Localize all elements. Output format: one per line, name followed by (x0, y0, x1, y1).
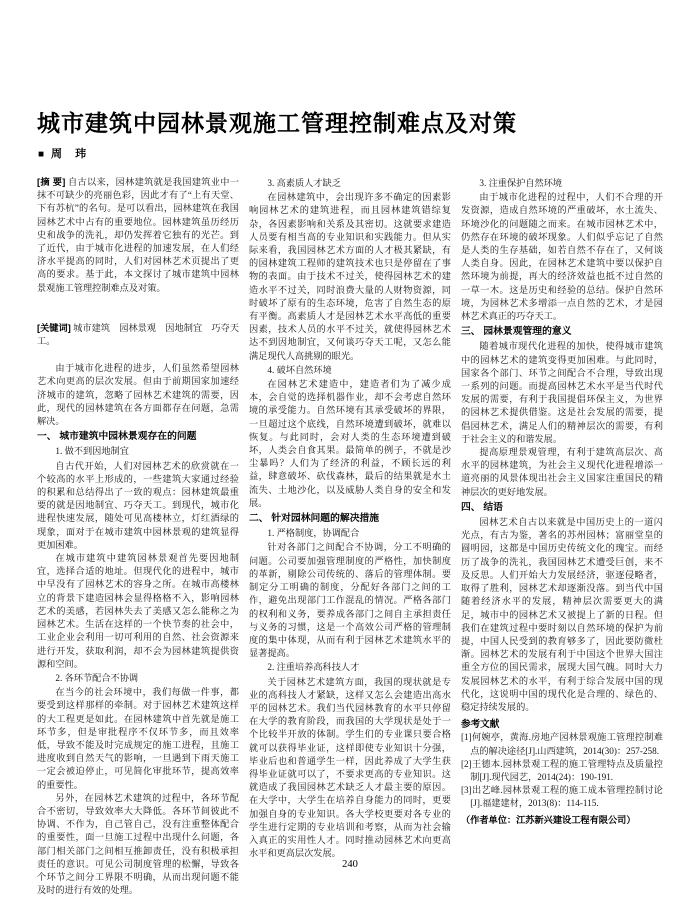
paragraph: 提高原理景观管理，有利于建筑高层次、高水平的园林建筑，为社会主义现代化进程增添一… (461, 446, 663, 499)
section-heading: 四、 结语 (461, 501, 663, 514)
author-marker: ■ (38, 149, 44, 160)
page-number: 240 (0, 859, 700, 870)
subsection-heading: 2. 注重培养高科技人才 (249, 661, 451, 674)
subsection-heading: 4. 破坏自然环境 (249, 364, 451, 377)
keywords: [关键词] 城市建筑 园林景观 因地制宜 巧夺天工。 (37, 322, 239, 348)
abstract: [摘 要] 自古以来，园林建筑就是我国建筑业中一抹不可缺少的亮丽色彩，因此才有了… (37, 176, 239, 295)
paragraph: 园林艺术自古以来就是中国历史上的一道闪光点，有古为鉴，著名的苏州园林；富丽堂皇的… (461, 516, 663, 714)
paragraph: 在园林建筑中，会出现许多不确定的因素影响园林艺术的建筑进程，而且园林建筑错综复杂… (249, 191, 451, 363)
paragraph: 在当今的社会环境中，我们每做一件事，都要受到这样那样的牵制。对于园林艺术建筑这样… (37, 686, 239, 792)
paragraph: 由于城市化进程的过程中，人们不合理的开发资源，造成自然环境的严重破坏，水土流失、… (461, 191, 663, 323)
reference-item: [3]出艺峰.园林景观工程的施工成本管理控制讨论[J].福建建材，2013(8)… (461, 784, 663, 810)
section-heading: 二、 针对园林问题的解决措施 (249, 512, 451, 525)
references-heading: 参考文献 (461, 718, 663, 731)
paragraph: 自古代开始，人们对园林艺术的欣赏就在一个较高的水平上形成的，一些建筑大家通过经验… (37, 460, 239, 552)
column-1: [摘 要] 自古以来，园林建筑就是我国建筑业中一抹不可缺少的亮丽色彩，因此才有了… (37, 176, 239, 897)
reference-item: [1]何婉亭，黄海.房地产园林景观施工管理控制难点的解决途径[J].山西建筑，2… (461, 731, 663, 757)
article-title: 城市建筑中园林景观施工管理控制难点及对策 (37, 109, 677, 138)
abstract-label: [摘 要] (37, 177, 65, 187)
author-byline: ■周 玮 (38, 149, 91, 160)
paragraph: 在城市建筑中建筑园林景观首先要因地制宜，选择合适的地址。但现代化的进程中，城市中… (37, 552, 239, 671)
paragraph: 由于城市化进程的进步，人们虽然希望园林艺术向更高的层次发展。但由于前期国家加速经… (37, 362, 239, 428)
subsection-heading: 2. 各环节配合不协调 (37, 672, 239, 685)
paragraph: 另外，在园林艺术建筑的过程中，各环节配合不密切，导致效率大大降低。各环节间彼此不… (37, 792, 239, 898)
keywords-label: [关键词] (37, 323, 71, 333)
section-heading: 一、 城市建筑中园林景观存在的问题 (37, 430, 239, 443)
author-name: 周 玮 (51, 148, 91, 160)
column-3: 3. 注重保护自然环境由于城市化进程的过程中，人们不合理的开发资源，造成自然环境… (461, 176, 663, 827)
subsection-heading: 1. 做不到因地制宜 (37, 445, 239, 458)
paragraph: 关于园林艺术建筑方面，我国的现状就是专业的高科技人才紧缺，这样又怎么会建造出高水… (249, 676, 451, 861)
column-2: 3. 高素质人才缺乏在园林建筑中，会出现许多不确定的因素影响园林艺术的建筑进程，… (249, 176, 451, 860)
section-heading: 三、 园林景观管理的意义 (461, 325, 663, 338)
article-body: [摘 要] 自古以来，园林建筑就是我国建筑业中一抹不可缺少的亮丽色彩，因此才有了… (37, 176, 663, 897)
subsection-heading: 3. 高素质人才缺乏 (249, 177, 451, 190)
subsection-heading: 3. 注重保护自然环境 (461, 177, 663, 190)
reference-item: [2]王德本.园林景观工程的施工管理特点及质量控制[J].现代园艺，2014(2… (461, 758, 663, 784)
journal-page: 城市建筑中园林景观施工管理控制难点及对策 ■周 玮 [摘 要] 自古以来，园林建… (0, 0, 700, 913)
subsection-heading: 1. 严格制度，协调配合 (249, 527, 451, 540)
affiliation-note: （作者单位：江苏新兴建设工程有限公司） (461, 814, 663, 827)
paragraph: 随着城市现代化进程的加快，使得城市建筑中的园林艺术的建筑变得更加困难。与此同时，… (461, 340, 663, 446)
paragraph: 针对各部门之间配合不协调，分工不明确的问题。公司要加强管理制度的严格性，加快制度… (249, 541, 451, 660)
paragraph: 在园林艺术建造中，建造者们为了减少成本，会自觉的选择机器作业，却不会考虑自然环境… (249, 378, 451, 510)
